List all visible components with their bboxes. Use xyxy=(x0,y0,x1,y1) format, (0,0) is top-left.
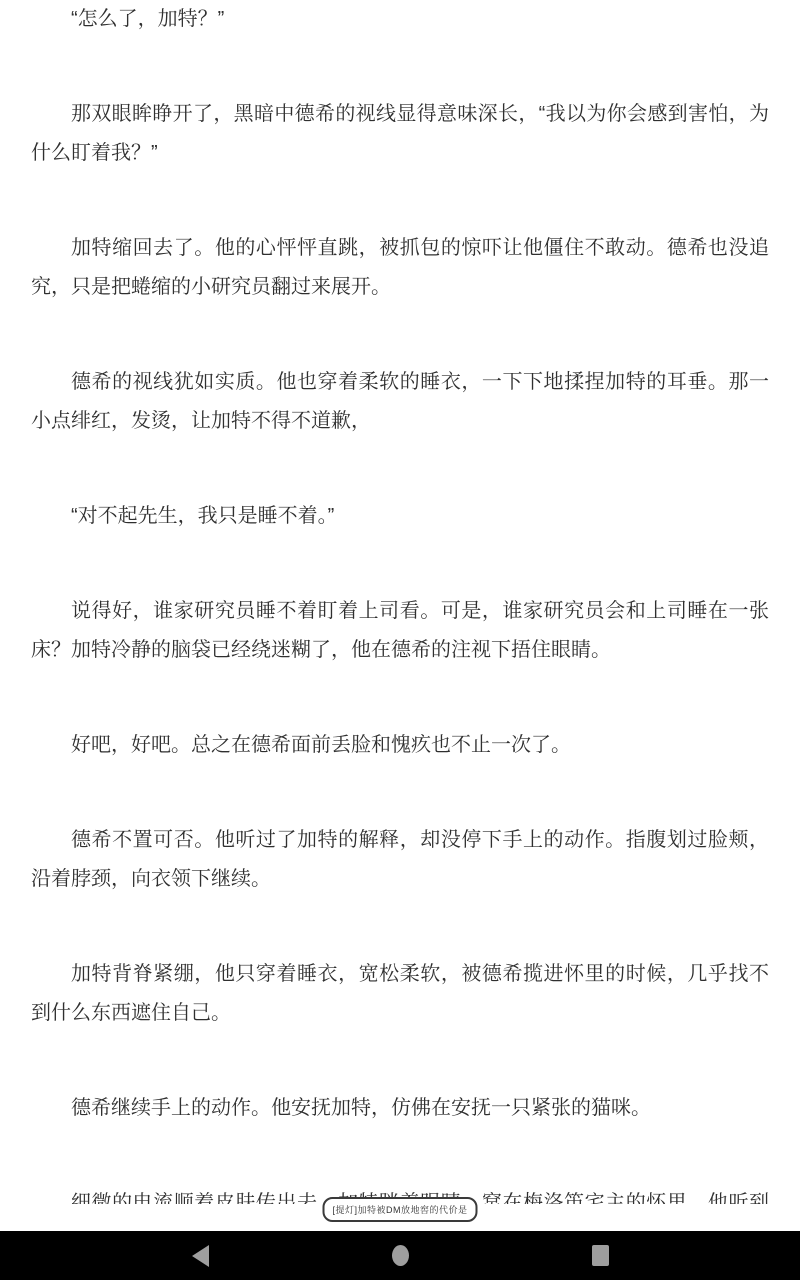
android-nav-bar xyxy=(0,1231,800,1280)
nav-home-button[interactable] xyxy=(370,1231,430,1280)
paragraph: “怎么了，加特？” xyxy=(31,0,769,39)
paragraph: 好吧，好吧。总之在德希面前丢脸和愧疚也不止一次了。 xyxy=(31,726,769,765)
paragraph: 加特背脊紧绷，他只穿着睡衣，宽松柔软，被德希揽进怀里的时候，几乎找不到什么东西遮… xyxy=(31,955,769,1033)
paragraph: 那双眼眸睁开了，黑暗中德希的视线显得意味深长，“我以为你会感到害怕，为什么盯着我… xyxy=(31,95,769,173)
reading-area[interactable]: “怎么了，加特？”那双眼眸睁开了，黑暗中德希的视线显得意味深长，“我以为你会感到… xyxy=(0,0,800,1204)
paragraph: “对不起先生，我只是睡不着。” xyxy=(31,497,769,536)
back-triangle-icon xyxy=(192,1245,209,1267)
paragraph: 加特缩回去了。他的心怦怦直跳，被抓包的惊吓让他僵住不敢动。德希也没追究，只是把蜷… xyxy=(31,229,769,307)
nav-back-button[interactable] xyxy=(170,1231,230,1280)
home-circle-icon xyxy=(392,1245,409,1266)
paragraph: 说得好，谁家研究员睡不着盯着上司看。可是，谁家研究员会和上司睡在一张床？加特冷静… xyxy=(31,592,769,670)
recents-square-icon xyxy=(592,1245,609,1266)
nav-recents-button[interactable] xyxy=(570,1231,630,1280)
paragraph: 德希不置可否。他听过了加特的解释，却没停下手上的动作。指腹划过脸颊，沿着脖颈，向… xyxy=(31,821,769,899)
chapter-toast[interactable]: [提灯]加特被DM放地窖的代价是 xyxy=(323,1197,478,1222)
paragraph: 德希继续手上的动作。他安抚加特，仿佛在安抚一只紧张的猫咪。 xyxy=(31,1089,769,1128)
paragraph: 德希的视线犹如实质。他也穿着柔软的睡衣，一下下地揉捏加特的耳垂。那一小点绯红，发… xyxy=(31,363,769,441)
chapter-toast-label: [提灯]加特被DM放地窖的代价是 xyxy=(333,1203,468,1216)
